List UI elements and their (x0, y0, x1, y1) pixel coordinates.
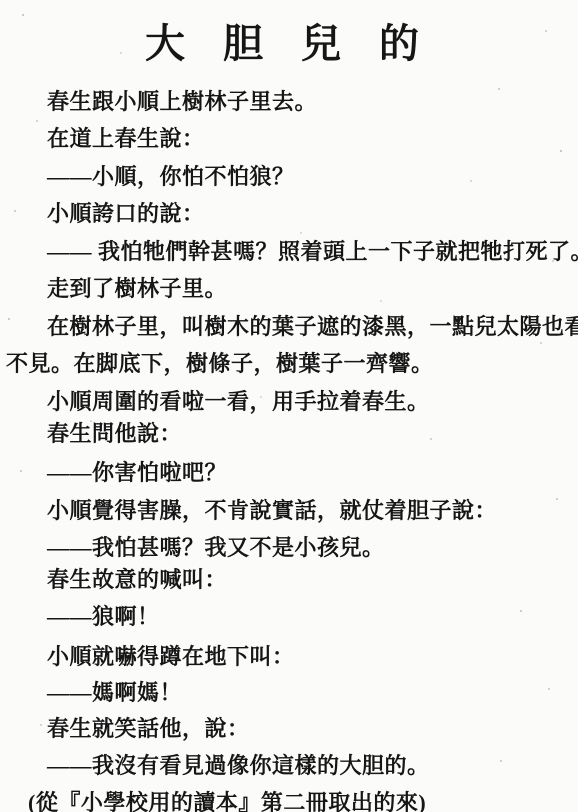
document-page: 大 胆 兒 的 春生跟小順上樹林子里去。 在道上春生說： ——小順，你怕不怕狼？… (0, 0, 578, 812)
dialogue-line: ——我沒有看見過像你這樣的大胆的。 (0, 749, 578, 780)
source-note: (從『小學校用的讀本』第二冊取出的來) (0, 786, 578, 812)
page-title: 大 胆 兒 的 (0, 12, 578, 69)
text-line: 小順就嚇得蹲在地下叫： (0, 640, 578, 671)
text-line: 在樹林子里，叫樹木的葉子遮的漆黑，一點兒太陽也看 (0, 310, 578, 341)
dialogue-line: ——我怕甚嗎？我又不是小孩兒。 (0, 531, 578, 562)
text-line: 春生問他說： (0, 417, 578, 448)
text-line-continuation: 不見。在脚底下，樹條子，樹葉子一齊響。 (0, 347, 578, 378)
text-line: 走到了樹林子里。 (0, 272, 578, 303)
text-line: 小順覺得害臊，不肯說實話，就仗着胆子說： (0, 494, 578, 525)
text-line: 春生就笑話他，說： (0, 712, 578, 743)
dialogue-line: ——小順，你怕不怕狼？ (0, 160, 578, 191)
text-line: 小順周圍的看啦一看，用手拉着春生。 (0, 385, 578, 416)
dialogue-line: ——狼啊！ (0, 600, 578, 631)
dialogue-line: ——媽啊媽！ (0, 676, 578, 707)
dialogue-line: —— 我怕牠們幹甚嗎？照着頭上一下子就把牠打死了。 (0, 235, 578, 266)
text-line: 小順誇口的說： (0, 197, 578, 228)
text-line: 在道上春生說： (0, 122, 578, 153)
text-line: 春生跟小順上樹林子里去。 (0, 85, 578, 116)
dialogue-line: ——你害怕啦吧？ (0, 456, 578, 487)
text-line: 春生故意的喊叫： (0, 563, 578, 594)
scan-noise (0, 0, 2, 2)
